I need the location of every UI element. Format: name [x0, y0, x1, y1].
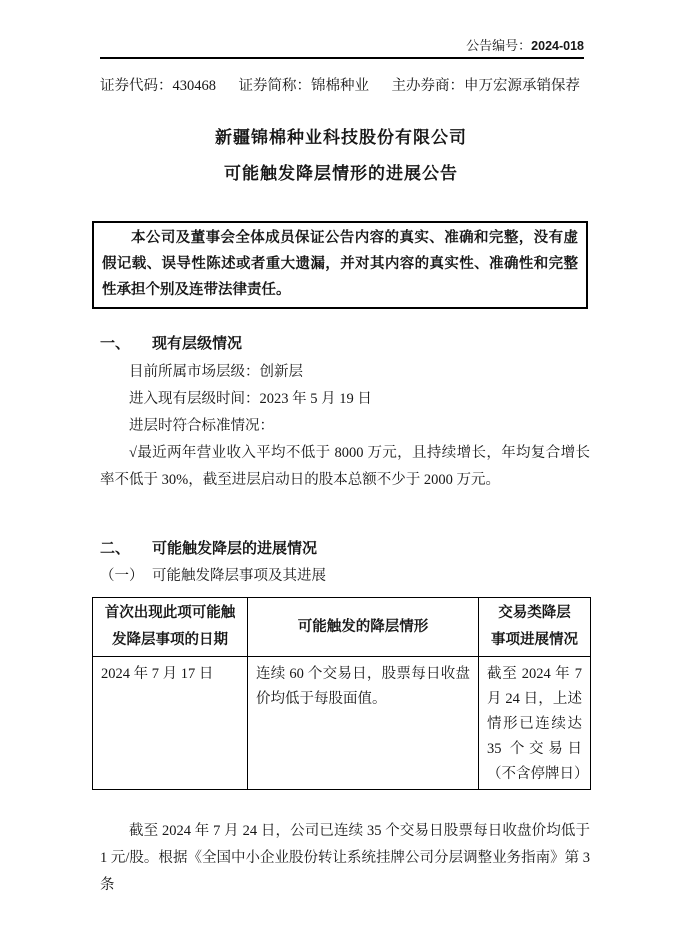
cell-first-date: 2024 年 7 月 17 日	[93, 657, 248, 790]
section-1-title: 现有层级情况	[152, 336, 242, 352]
cell-progress-status: 截至 2024 年 7 月 24 日，上述情形已连续达 35 个交易日（不含停牌…	[479, 657, 591, 790]
disclaimer-box: 本公司及董事会全体成员保证公告内容的真实、准确和完整，没有虚假记载、误导性陈述或…	[92, 221, 588, 309]
section-2-number: 二、	[100, 540, 152, 559]
progress-table-wrapper: 首次出现此项可能触 发降层事项的日期 可能触发的降层情形 交易类降层 事项进展情…	[92, 597, 590, 790]
table-header-first-date: 首次出现此项可能触 发降层事项的日期	[93, 598, 248, 657]
table-header-progress-line1: 交易类降层	[483, 600, 586, 627]
securities-code: 证券代码：430468	[100, 78, 216, 95]
sponsor-broker: 主办券商：申万宏源承销保荐	[392, 78, 581, 95]
securities-code-label: 证券代码：	[100, 78, 173, 94]
section-2-1-number: （一）	[100, 566, 152, 586]
document-page: 公告编号：2024-018 证券代码：430468 证券简称：锦棉种业 主办券商…	[0, 0, 680, 941]
sponsor-broker-value: 申万宏源承销保荐	[464, 78, 580, 94]
announcement-number-label: 公告编号：	[466, 38, 531, 53]
announcement-number: 公告编号：2024-018	[92, 0, 590, 54]
header-divider	[100, 57, 584, 59]
table-header-first-date-line1: 首次出现此项可能触	[97, 600, 243, 627]
sponsor-broker-label: 主办券商：	[392, 78, 465, 94]
table-header-progress: 交易类降层 事项进展情况	[479, 598, 591, 657]
document-content: 公告编号：2024-018 证券代码：430468 证券简称：锦棉种业 主办券商…	[92, 0, 590, 899]
table-header-progress-line2: 事项进展情况	[483, 627, 586, 654]
cell-trigger-situation: 连续 60 个交易日，股票每日收盘价均低于每股面值。	[248, 657, 479, 790]
announcement-number-value: 2024-018	[531, 39, 584, 53]
section-2-title: 可能触发降层的进展情况	[152, 541, 317, 557]
section-2-1-title: 可能触发降层事项及其进展	[152, 568, 326, 584]
securities-abbr: 证券简称：锦棉种业	[239, 78, 370, 95]
current-market-level-line: 目前所属市场层级：创新层	[92, 359, 590, 386]
company-name-title: 新疆锦棉种业科技股份有限公司	[92, 128, 590, 148]
table-data-row: 2024 年 7 月 17 日 连续 60 个交易日，股票每日收盘价均低于每股面…	[93, 657, 591, 790]
securities-abbr-value: 锦棉种业	[311, 78, 369, 94]
disclaimer-text: 本公司及董事会全体成员保证公告内容的真实、准确和完整，没有虚假记载、误导性陈述或…	[102, 225, 578, 303]
securities-abbr-label: 证券简称：	[239, 78, 312, 94]
progress-table: 首次出现此项可能触 发降层事项的日期 可能触发的降层情形 交易类降层 事项进展情…	[92, 597, 591, 790]
entry-time-line: 进入现有层级时间：2023 年 5 月 19 日	[92, 386, 590, 413]
progress-paragraph: 截至 2024 年 7 月 24 日，公司已连续 35 个交易日股票每日收盘价均…	[92, 818, 590, 899]
section-1-number: 一、	[100, 335, 152, 354]
table-header-trigger: 可能触发的降层情形	[248, 598, 479, 657]
securities-info-row: 证券代码：430468 证券简称：锦棉种业 主办券商：申万宏源承销保荐	[100, 78, 580, 95]
standard-detail-paragraph: √最近两年营业收入平均不低于 8000 万元，且持续增长，年均复合增长率不低于 …	[92, 440, 590, 494]
table-header-row: 首次出现此项可能触 发降层事项的日期 可能触发的降层情形 交易类降层 事项进展情…	[93, 598, 591, 657]
announcement-title: 可能触发降层情形的进展公告	[92, 164, 590, 184]
section-2-heading: 二、可能触发降层的进展情况	[92, 540, 590, 559]
securities-code-value: 430468	[173, 78, 217, 94]
section-2-1-heading: （一）可能触发降层事项及其进展	[92, 566, 590, 586]
standard-intro-line: 进层时符合标准情况：	[92, 413, 590, 440]
table-header-first-date-line2: 发降层事项的日期	[97, 627, 243, 654]
section-1-heading: 一、现有层级情况	[92, 335, 590, 354]
